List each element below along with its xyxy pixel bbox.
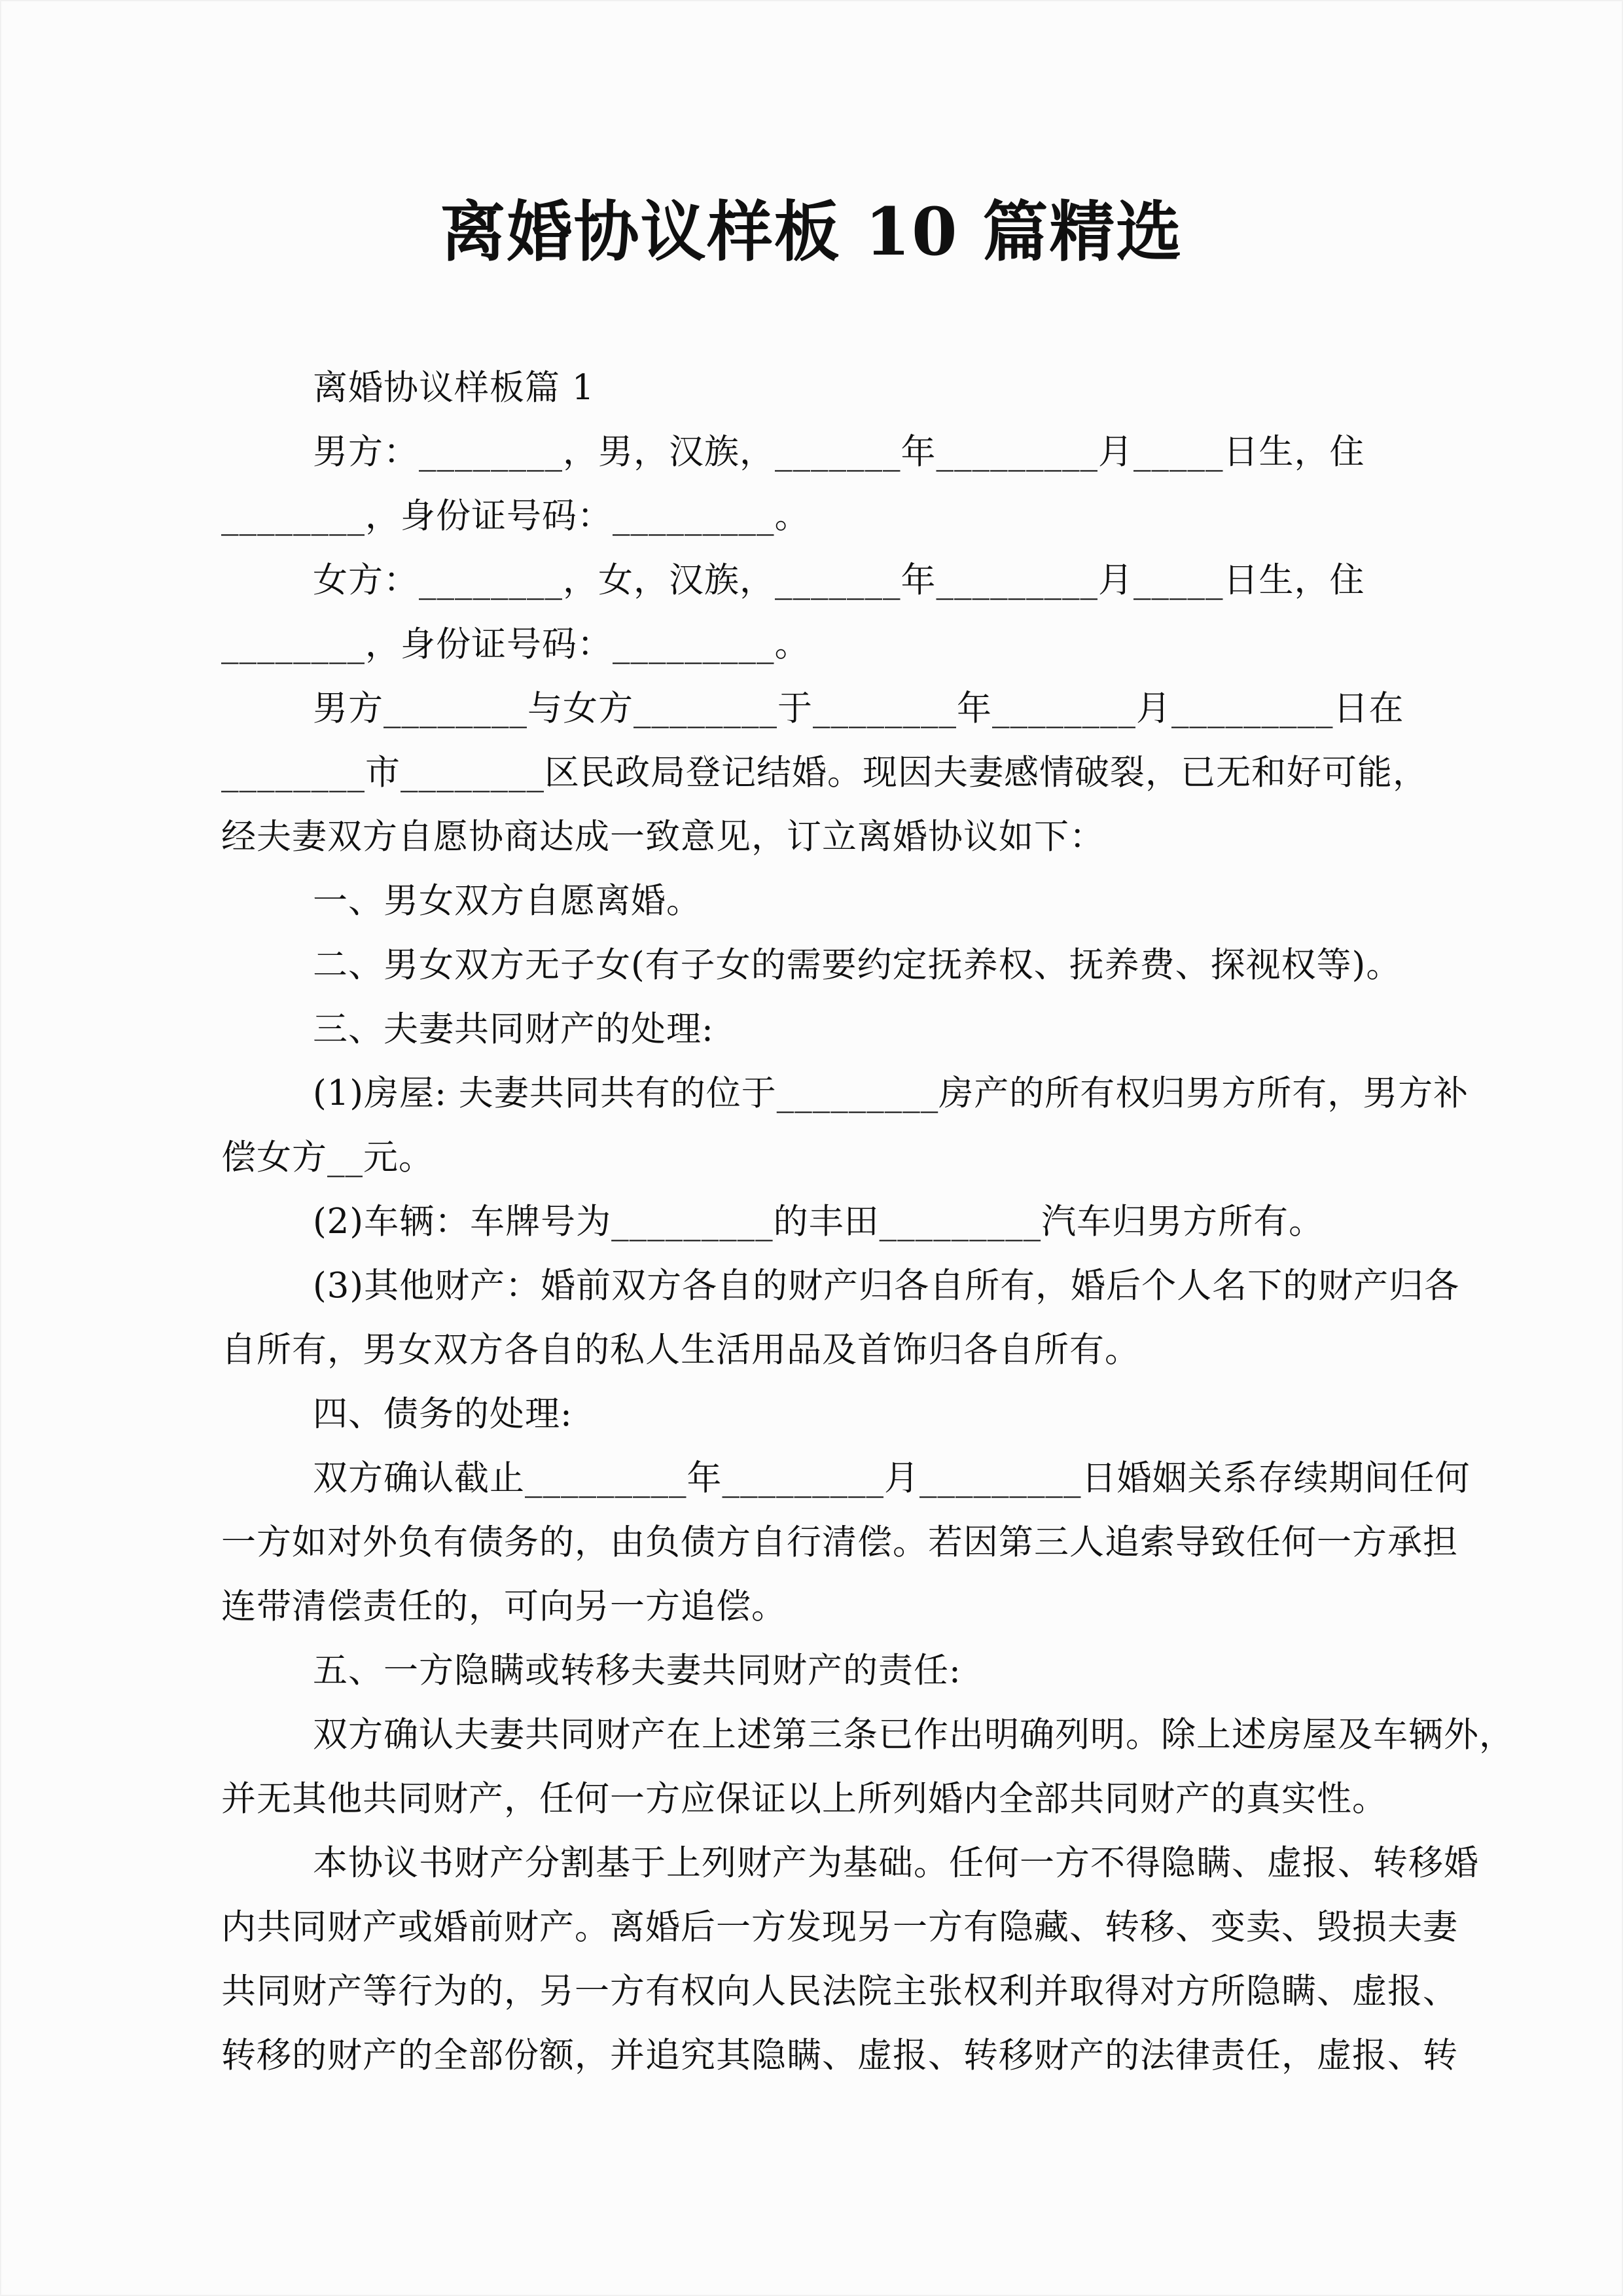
document-line: 女方：________，女，汉族，_______年_________月_____…: [221, 548, 1412, 613]
document-line: 男方：________，男，汉族，_______年_________月_____…: [221, 420, 1412, 484]
document-line: 转移的财产的全部份额，并追究其隐瞒、虚报、转移财产的法律责任，虚报、转: [221, 2024, 1412, 2088]
document-line: 本协议书财产分割基于上列财产为基础。任何一方不得隐瞒、虚报、转移婚: [221, 1831, 1412, 1895]
document-line: 连带清偿责任的，可向另一方追偿。: [221, 1575, 1412, 1639]
document-line: 一、男女双方自愿离婚。: [221, 869, 1412, 933]
document-line: (1)房屋: 夫妻共同共有的位于_________房产的所有权归男方所有，男方补: [221, 1062, 1412, 1126]
document-line: ________，身份证号码：_________。: [221, 484, 1412, 548]
document-line: 偿女方__元。: [221, 1126, 1412, 1190]
document-line: 一方如对外负有债务的，由负债方自行清偿。若因第三人追索导致任何一方承担: [221, 1511, 1412, 1575]
document-line: ________，身份证号码：_________。: [221, 613, 1412, 677]
document-line: ________市________区民政局登记结婚。现因夫妻感情破裂，已无和好可…: [221, 741, 1412, 805]
document-line: 双方确认截止_________年_________月_________日婚姻关系…: [221, 1446, 1412, 1511]
document-line: 五、一方隐瞒或转移夫妻共同财产的责任:: [221, 1639, 1412, 1703]
document-line: (2)车辆：车牌号为_________的丰田_________汽车归男方所有。: [221, 1190, 1412, 1254]
document-line: 双方确认夫妻共同财产在上述第三条已作出明确列明。除上述房屋及车辆外，: [221, 1703, 1412, 1767]
document-line: 四、债务的处理:: [221, 1382, 1412, 1446]
document-line: 二、男女双方无子女(有子女的需要约定抚养权、抚养费、探视权等)。: [221, 933, 1412, 997]
document-line: 并无其他共同财产，任何一方应保证以上所列婚内全部共同财产的真实性。: [221, 1767, 1412, 1831]
document-title: 离婚协议样板 10 篇精选: [1, 1, 1622, 274]
document-line: 自所有，男女双方各自的私人生活用品及首饰归各自所有。: [221, 1318, 1412, 1382]
document-line: (3)其他财产：婚前双方各自的财产归各自所有，婚后个人名下的财产归各: [221, 1254, 1412, 1318]
document-line: 离婚协议样板篇 1: [221, 356, 1412, 420]
document-line: 三、夫妻共同财产的处理:: [221, 997, 1412, 1062]
document-page: 离婚协议样板 10 篇精选 离婚协议样板篇 1 男方：________，男，汉族…: [0, 0, 1623, 2296]
document-line: 内共同财产或婚前财产。离婚后一方发现另一方有隐藏、转移、变卖、毁损夫妻: [221, 1895, 1412, 1960]
document-line: 共同财产等行为的，另一方有权向人民法院主张权利并取得对方所隐瞒、虚报、: [221, 1960, 1412, 2024]
document-line: 经夫妻双方自愿协商达成一致意见，订立离婚协议如下：: [221, 805, 1412, 869]
document-line: 男方________与女方________于________年________月…: [221, 677, 1412, 741]
document-body: 离婚协议样板篇 1 男方：________，男，汉族，_______年_____…: [221, 356, 1412, 2088]
